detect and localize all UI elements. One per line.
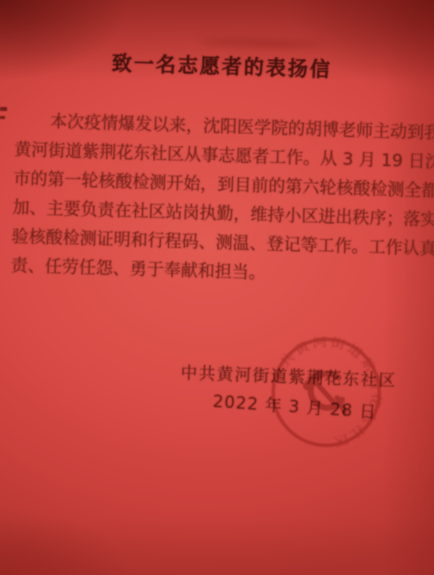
letter-photo: 致一名志愿者的表扬信 本次疫情爆发以来，沈阳医学院的胡博老师主动到我们 黄河街道… [0, 0, 434, 575]
photo-artifact [0, 116, 5, 119]
photo-artifact [0, 107, 7, 111]
ink-bleed-smudge [200, 37, 320, 49]
letter-title: 致一名志愿者的表扬信 [5, 44, 434, 86]
official-round-seal: 中共黄河街道紫荆花东社区 [267, 333, 386, 452]
letter-content: 致一名志愿者的表扬信 本次疫情爆发以来，沈阳医学院的胡博老师主动到我们 黄河街道… [0, 0, 434, 575]
hammer-sickle-icon [307, 373, 346, 412]
letter-body: 本次疫情爆发以来，沈阳医学院的胡博老师主动到我们 黄河街道紫荆花东社区从事志愿者… [10, 107, 422, 293]
